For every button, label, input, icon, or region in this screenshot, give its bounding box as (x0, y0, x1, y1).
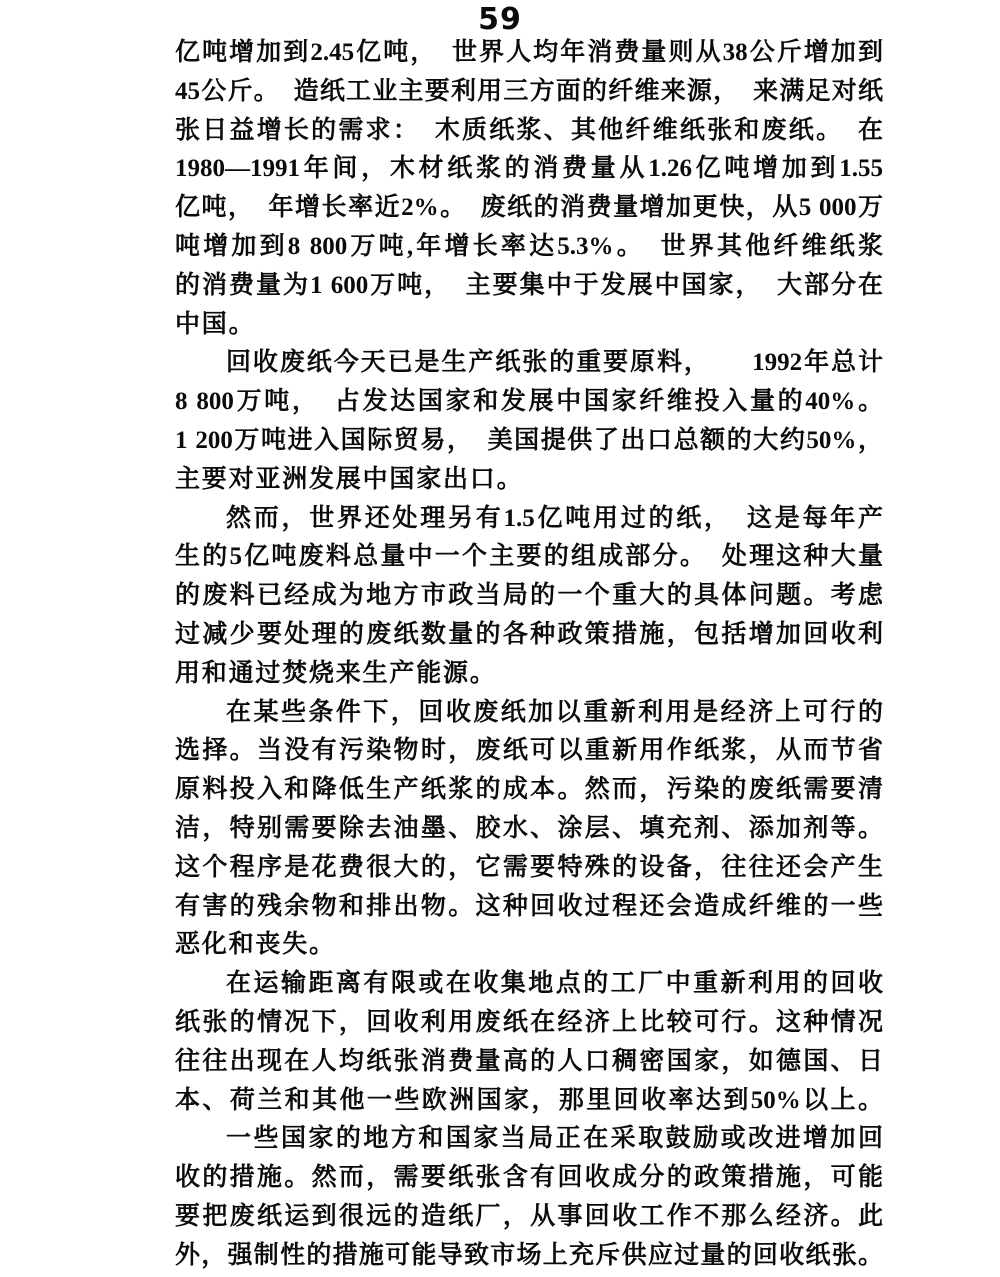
text-line: 本、荷兰和其他一些欧洲国家，那里回收率达到50%以上。 (175, 1082, 883, 1121)
text-line: 中国。 (175, 306, 883, 345)
text-line: 过减少要处理的废纸数量的各种政策措施，包括增加回收利 (175, 616, 883, 655)
text-line: 选择。当没有污染物时，废纸可以重新用作纸浆，从而节省 (175, 732, 883, 771)
text-line: 洁，特别需要除去油墨、胶水、涂层、填充剂、添加剂等。 (175, 810, 883, 849)
text-line: 在运输距离有限或在收集地点的工厂中重新利用的回收 (175, 965, 883, 1004)
text-line: 这个程序是花费很大的，它需要特殊的设备，往往还会产生 (175, 849, 883, 888)
text-line: 纸张的情况下，回收利用废纸在经济上比较可行。这种情况 (175, 1004, 883, 1043)
text-line: 主要对亚洲发展中国家出口。 (175, 461, 883, 500)
text-line: 张日益增长的需求： 木质纸浆、其他纤维纸张和废纸。 在 (175, 112, 883, 151)
text-line: 吨增加到8 800万吨,年增长率达5.3%。 世界其他纤维纸浆 (175, 228, 883, 267)
text-line: 要把废纸运到很远的造纸厂，从事回收工作不那么经济。此 (175, 1198, 883, 1237)
body-text-block: 亿吨增加到2.45亿吨， 世界人均年消费量则从38公斤增加到45公斤。 造纸工业… (175, 34, 883, 1276)
text-line: 亿吨， 年增长率近2%。 废纸的消费量增加更快，从5 000万 (175, 189, 883, 228)
text-line: 有害的残余物和排出物。这种回收过程还会造成纤维的一些 (175, 888, 883, 927)
text-line: 生的5亿吨废料总量中一个主要的组成部分。 处理这种大量 (175, 538, 883, 577)
text-line: 1 200万吨进入国际贸易， 美国提供了出口总额的大约50%， (175, 422, 883, 461)
page-number: 59 (0, 2, 1000, 37)
text-line: 外，强制性的措施可能导致市场上充斥供应过量的回收纸张。 (175, 1237, 883, 1276)
text-line: 亿吨增加到2.45亿吨， 世界人均年消费量则从38公斤增加到 (175, 34, 883, 73)
text-line: 的消费量为1 600万吨， 主要集中于发展中国家， 大部分在 (175, 267, 883, 306)
text-line: 然而，世界还处理另有1.5亿吨用过的纸， 这是每年产 (175, 500, 883, 539)
text-line: 45公斤。 造纸工业主要利用三方面的纤维来源， 来满足对纸 (175, 73, 883, 112)
text-line: 收的措施。然而，需要纸张含有回收成分的政策措施，可能 (175, 1159, 883, 1198)
text-line: 回收废纸今天已是生产纸张的重要原料， 1992年总计 (175, 344, 883, 383)
text-line: 原料投入和降低生产纸浆的成本。然而，污染的废纸需要清 (175, 771, 883, 810)
text-line: 8 800万吨， 占发达国家和发展中国家纤维投入量的40%。 (175, 383, 883, 422)
text-line: 往往出现在人均纸张消费量高的人口稠密国家，如德国、日 (175, 1043, 883, 1082)
text-line: 1980—1991年间，木材纸浆的消费量从1.26亿吨增加到1.55 (175, 150, 883, 189)
text-line: 一些国家的地方和国家当局正在采取鼓励或改进增加回 (175, 1120, 883, 1159)
text-line: 恶化和丧失。 (175, 926, 883, 965)
text-line: 在某些条件下，回收废纸加以重新利用是经济上可行的 (175, 694, 883, 733)
text-line: 用和通过焚烧来生产能源。 (175, 655, 883, 694)
text-line: 的废料已经成为地方市政当局的一个重大的具体问题。考虑 (175, 577, 883, 616)
document-page: 59 亿吨增加到2.45亿吨， 世界人均年消费量则从38公斤增加到45公斤。 造… (0, 0, 1000, 1277)
